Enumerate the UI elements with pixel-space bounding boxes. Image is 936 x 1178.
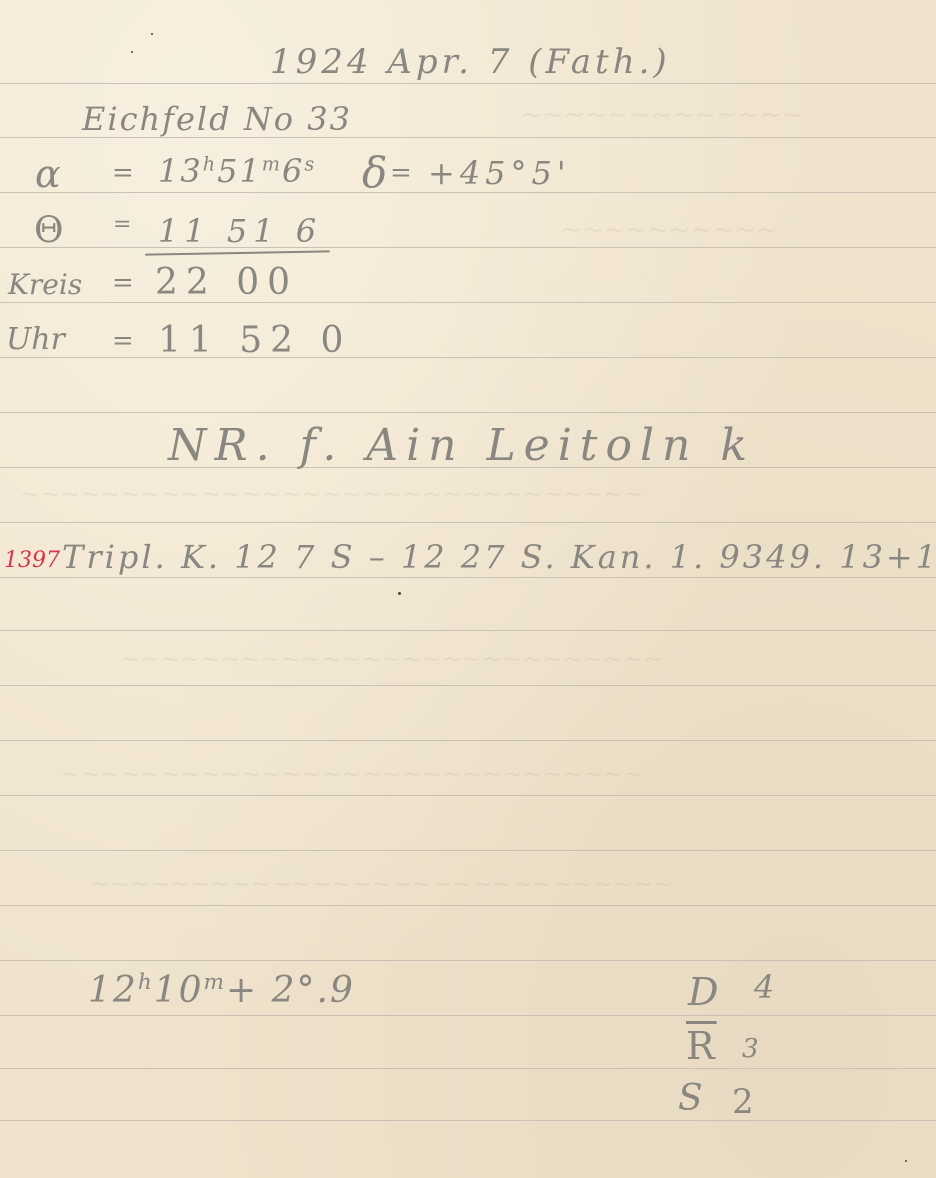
rule-line [0,522,936,523]
minutes-unit: m [204,970,226,995]
delta-value: +45°5' [428,154,571,192]
rule-line [0,302,936,303]
bleed-through-text: ~~~~~~~~~~~~~ [520,100,803,130]
alpha-label: α [35,152,63,196]
ink-dot [398,592,401,595]
delta-equals: = [390,158,414,188]
rule-line [0,412,936,413]
bleed-through-text: ~~~~~~~~~~~~~~~~~~~~~~~~~~~~~~~ [20,480,643,508]
rule-line [0,577,936,578]
score-r-value: 3 [742,1034,761,1064]
rule-line [0,1068,936,1069]
observation-note: NR. f. Ain Leitoln k [168,420,755,471]
ink-speck [905,1160,907,1162]
rule-line [0,192,936,193]
theta-label: Θ [34,210,66,251]
score-d-value: 4 [754,968,776,1006]
bleed-through-text: ~~~~~~~~~~~~~~~~~~~~~~~~~~~~~ [60,760,643,788]
uhr-value: 11 52 0 [158,320,351,361]
score-r-label: R [686,1024,717,1068]
rule-line [0,850,936,851]
theta-equals: = [113,212,133,237]
alpha-value: 13h51m6s [158,152,316,190]
bottom-minutes: 10 [154,970,204,1011]
rule-line [0,685,936,686]
kreis-label: Kreis [8,268,82,301]
bottom-hours: 12 [88,970,138,1011]
bleed-through-text: ~~~~~~~~~~~~~~~~~~~~~~~~~~~ [120,645,663,673]
seconds-unit: s [304,152,316,175]
bottom-note: 12h10m+ 2°.9 [88,970,355,1011]
bottom-rest: + 2°.9 [226,970,355,1011]
sum-underline [145,250,330,255]
rule-line [0,960,936,961]
plate-entry: Tripl. K. 12 7 S – 12 27 S. Kan. 1. 9349… [62,538,936,576]
hours-unit: h [203,152,217,175]
score-d-label: D [688,970,720,1014]
kreis-equals: = [112,268,136,298]
rule-line [0,905,936,906]
kreis-value: 22 00 [155,262,298,303]
ink-speck [151,33,153,35]
rule-line [0,247,936,248]
logbook-page: ~~~~~~~~~~~~~ ~~~~~~~~~~ ~~~~~~~~~~~~~~~… [0,0,936,1178]
minutes-unit: m [262,152,282,175]
header-date: 1924 Apr. 7 (Fath.) [270,42,671,82]
bleed-through-text: ~~~~~~~~~~~~~~~~~~~~~~~~~~~~~ [90,870,673,898]
theta-value: 11 51 6 [158,212,322,250]
delta-label: δ [362,148,389,197]
alpha-equals: = [112,158,136,188]
rule-line [0,795,936,796]
rule-line [0,1015,936,1016]
uhr-equals: = [112,326,136,356]
alpha-minutes: 51 [217,152,262,190]
rule-line [0,630,936,631]
score-s-label: S [678,1078,705,1119]
alpha-seconds: 6 [282,152,304,190]
rule-line [0,1120,936,1121]
ink-speck [131,51,133,53]
rule-line [0,83,936,84]
rule-line [0,740,936,741]
hours-unit: h [138,970,154,995]
alpha-hours: 13 [158,152,203,190]
bleed-through-text: ~~~~~~~~~~ [560,215,778,245]
field-label: Eichfeld No 33 [82,100,352,138]
rule-line [0,357,936,358]
uhr-label: Uhr [6,322,65,357]
plate-number: 1397 [4,548,60,573]
score-s-value: 2 [732,1082,756,1122]
